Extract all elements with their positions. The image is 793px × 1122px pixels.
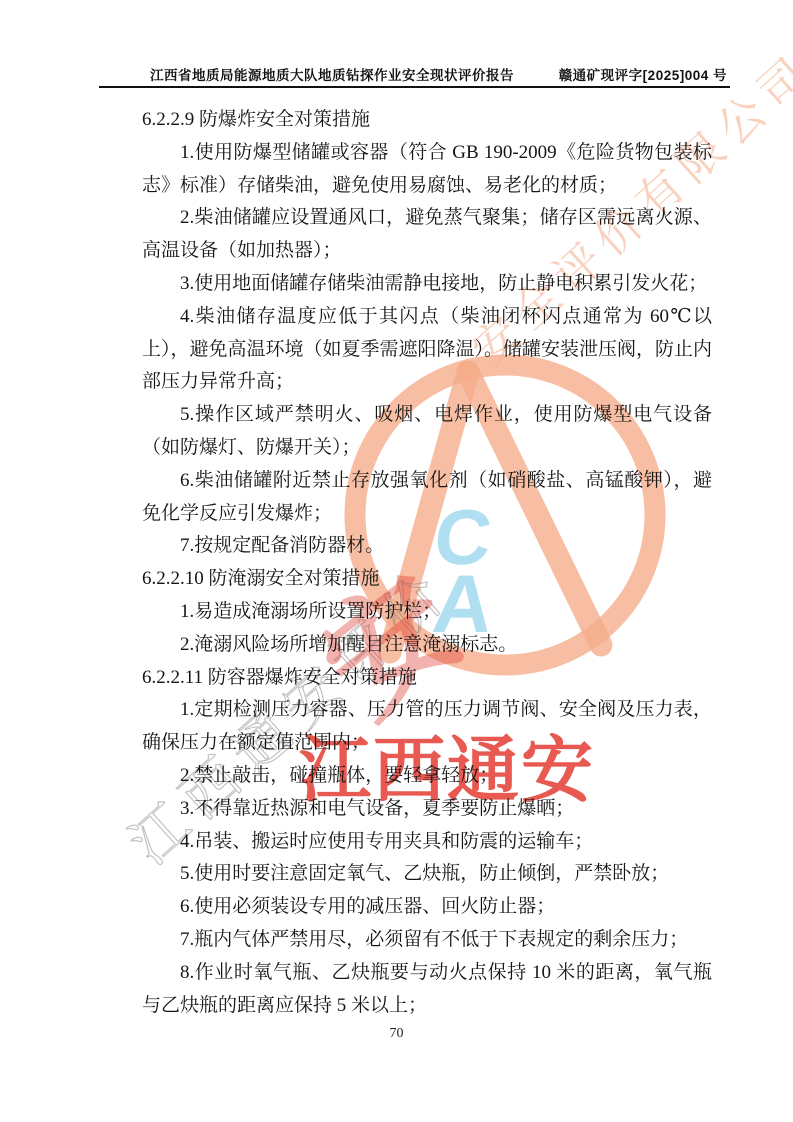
body-paragraph: 5.操作区域严禁明火、吸烟、电焊作业，使用防爆型电气设备（如防爆灯、防爆开关）； (142, 399, 712, 465)
body-paragraph: 6.柴油储罐附近禁止存放强氧化剂（如硝酸盐、高锰酸钾），避免化学反应引发爆炸； (142, 465, 712, 531)
body-paragraph: 8.作业时氧气瓶、乙炔瓶要与动火点保持 10 米的距离，氧气瓶与乙炔瓶的距离应保… (142, 957, 712, 1023)
page-number: 70 (0, 1026, 793, 1042)
body-paragraph: 1.易造成淹溺场所设置防护栏； (142, 596, 712, 629)
section-heading: 6.2.2.11 防容器爆炸安全对策措施 (142, 662, 712, 695)
header-report-title: 江西省地质局能源地质大队地质钻探作业安全现状评价报告 (150, 64, 514, 84)
document-body: 6.2.2.9 防爆炸安全对策措施1.使用防爆型储罐或容器（符合 GB 190-… (142, 104, 712, 1022)
body-paragraph: 2.禁止敲击，碰撞瓶体，要轻拿轻放； (142, 760, 712, 793)
header-document-number: 赣通矿现评字[2025]004 号 (559, 64, 727, 84)
section-heading: 6.2.2.10 防淹溺安全对策措施 (142, 563, 712, 596)
body-paragraph: 2.柴油储罐应设置通风口，避免蒸气聚集；储存区需远离火源、高温设备（如加热器）； (142, 202, 712, 268)
body-paragraph: 7.按规定配备消防器材。 (142, 530, 712, 563)
section-heading: 6.2.2.9 防爆炸安全对策措施 (142, 104, 712, 137)
document-page: 安全评价有限公司 江西通安评价 安 C A 江西通安 江西省地质局能源地质大队地… (0, 0, 793, 1122)
body-paragraph: 2.淹溺风险场所增加醒目注意淹溺标志。 (142, 629, 712, 662)
body-paragraph: 4.吊装、搬运时应使用专用夹具和防震的运输车； (142, 826, 712, 859)
body-paragraph: 6.使用必须装设专用的减压器、回火防止器； (142, 891, 712, 924)
body-paragraph: 3.不得靠近热源和电气设备，夏季要防止爆晒； (142, 793, 712, 826)
body-paragraph: 7.瓶内气体严禁用尽，必须留有不低于下表规定的剩余压力； (142, 924, 712, 957)
body-paragraph: 5.使用时要注意固定氧气、乙炔瓶，防止倾倒，严禁卧放； (142, 858, 712, 891)
body-paragraph: 4.柴油储存温度应低于其闪点（柴油闭杯闪点通常为 60℃以上），避免高温环境（如… (142, 301, 712, 399)
body-paragraph: 1.定期检测压力容器、压力管的压力调节阀、安全阀及压力表，确保压力在额定值范围内… (142, 694, 712, 760)
body-paragraph: 3.使用地面储罐存储柴油需静电接地，防止静电积累引发火花； (142, 268, 712, 301)
body-paragraph: 1.使用防爆型储罐或容器（符合 GB 190-2009《危险货物包装标志》标准）… (142, 137, 712, 203)
header-divider (99, 86, 730, 88)
